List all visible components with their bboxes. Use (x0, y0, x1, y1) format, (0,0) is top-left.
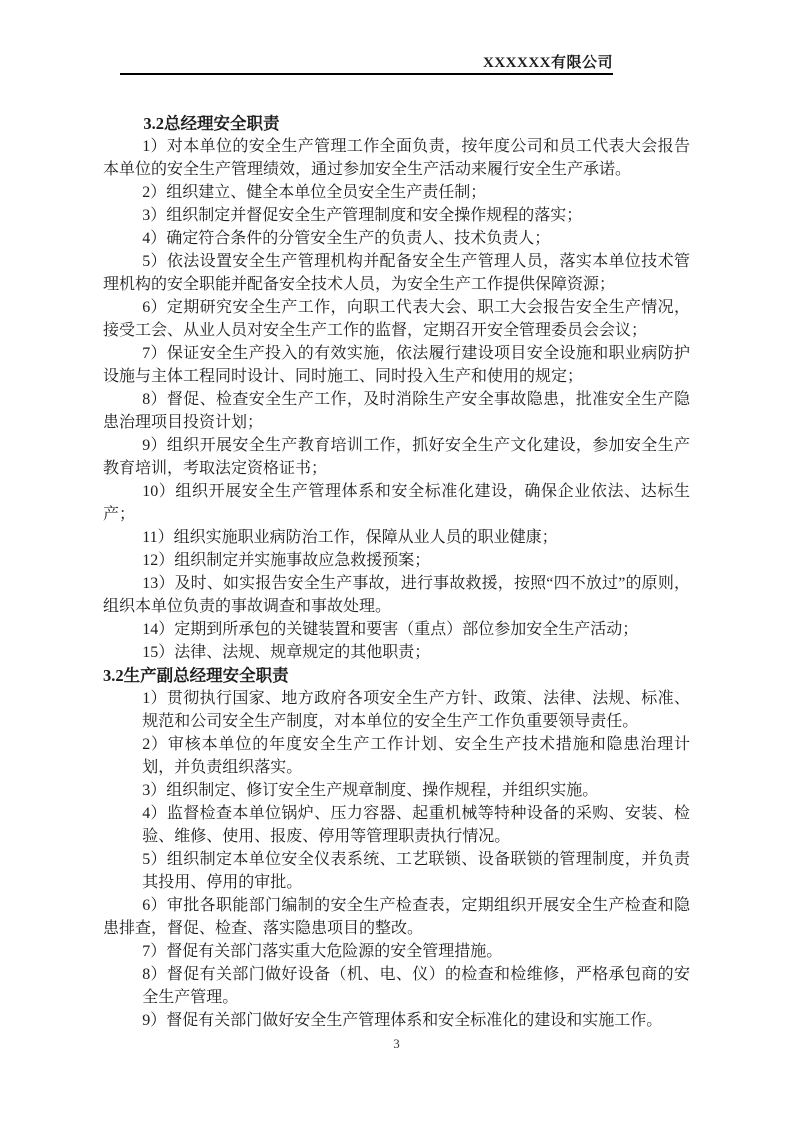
section-heading: 3.2总经理安全职责 (103, 112, 690, 135)
list-item: 4）确定符合条件的分管安全生产的负责人、技术负责人； (103, 227, 690, 250)
list-item: 3）组织制定、修订安全生产规章制度、操作规程，并组织实施。 (103, 779, 690, 802)
list-item: 5）组织制定本单位安全仪表系统、工艺联锁、设备联锁的管理制度，并负责其投用、停用… (103, 848, 690, 894)
page-header: XXXXXX有限公司 (120, 54, 613, 75)
section-items: 1）对本单位的安全生产管理工作全面负责，按年度公司和员工代表大会报告本单位的安全… (103, 135, 690, 664)
list-item: 6）定期研究安全生产工作，向职工代表大会、职工大会报告安全生产情况，接受工会、从… (103, 296, 690, 342)
list-item: 6）审批各职能部门编制的安全生产检查表，定期组织开展安全生产检查和隐患排查，督促… (103, 894, 690, 940)
page-footer: 3 (0, 1036, 793, 1052)
list-item: 2）审核本单位的年度安全生产工作计划、安全生产技术措施和隐患治理计划，并负责组织… (103, 733, 690, 779)
list-item: 8）督促、检查安全生产工作，及时消除生产安全事故隐患，批准安全生产隐患治理项目投… (103, 388, 690, 434)
list-item: 3）组织制定并督促安全生产管理制度和安全操作规程的落实； (103, 204, 690, 227)
list-item: 13）及时、如实报告安全生产事故，进行事故救援，按照“四不放过”的原则，组织本单… (103, 572, 690, 618)
list-item: 15）法律、法规、规章规定的其他职责； (103, 641, 690, 664)
list-item: 4）监督检查本单位锅炉、压力容器、起重机械等特种设备的采购、安装、检验、维修、使… (103, 802, 690, 848)
list-item: 5）依法设置安全生产管理机构并配备安全生产管理人员，落实本单位技术管理机构的安全… (103, 250, 690, 296)
list-item: 7）保证安全生产投入的有效实施，依法履行建设项目安全设施和职业病防护设施与主体工… (103, 342, 690, 388)
section-items: 1）贯彻执行国家、地方政府各项安全生产方针、政策、法律、法规、标准、规范和公司安… (103, 687, 690, 1032)
list-item: 14）定期到所承包的关键装置和要害（重点）部位参加安全生产活动； (103, 618, 690, 641)
section-general-manager: 3.2总经理安全职责 1）对本单位的安全生产管理工作全面负责，按年度公司和员工代… (103, 112, 690, 664)
company-name: XXXXXX有限公司 (483, 55, 613, 71)
list-item: 11）组织实施职业病防治工作，保障从业人员的职业健康； (103, 526, 690, 549)
document-page: XXXXXX有限公司 3.2总经理安全职责 1）对本单位的安全生产管理工作全面负… (0, 0, 793, 1122)
list-item: 9）组织开展安全生产教育培训工作，抓好安全生产文化建设，参加安全生产教育培训，考… (103, 434, 690, 480)
document-body: 3.2总经理安全职责 1）对本单位的安全生产管理工作全面负责，按年度公司和员工代… (103, 112, 690, 1032)
list-item: 1）贯彻执行国家、地方政府各项安全生产方针、政策、法律、法规、标准、规范和公司安… (103, 687, 690, 733)
list-item: 10）组织开展安全生产管理体系和安全标准化建设，确保企业依法、达标生产； (103, 480, 690, 526)
list-item: 9）督促有关部门做好安全生产管理体系和安全标准化的建设和实施工作。 (103, 1009, 690, 1032)
list-item: 7）督促有关部门落实重大危险源的安全管理措施。 (103, 940, 690, 963)
page-number: 3 (393, 1036, 400, 1051)
list-item: 12）组织制定并实施事故应急救援预案； (103, 549, 690, 572)
list-item: 2）组织建立、健全本单位全员安全生产责任制； (103, 181, 690, 204)
list-item: 8）督促有关部门做好设备（机、电、仪）的检查和检维修，严格承包商的安全生产管理。 (103, 963, 690, 1009)
section-production-deputy-manager: 3.2生产副总经理安全职责 1）贯彻执行国家、地方政府各项安全生产方针、政策、法… (103, 664, 690, 1032)
list-item: 1）对本单位的安全生产管理工作全面负责，按年度公司和员工代表大会报告本单位的安全… (103, 135, 690, 181)
section-heading: 3.2生产副总经理安全职责 (103, 664, 690, 687)
